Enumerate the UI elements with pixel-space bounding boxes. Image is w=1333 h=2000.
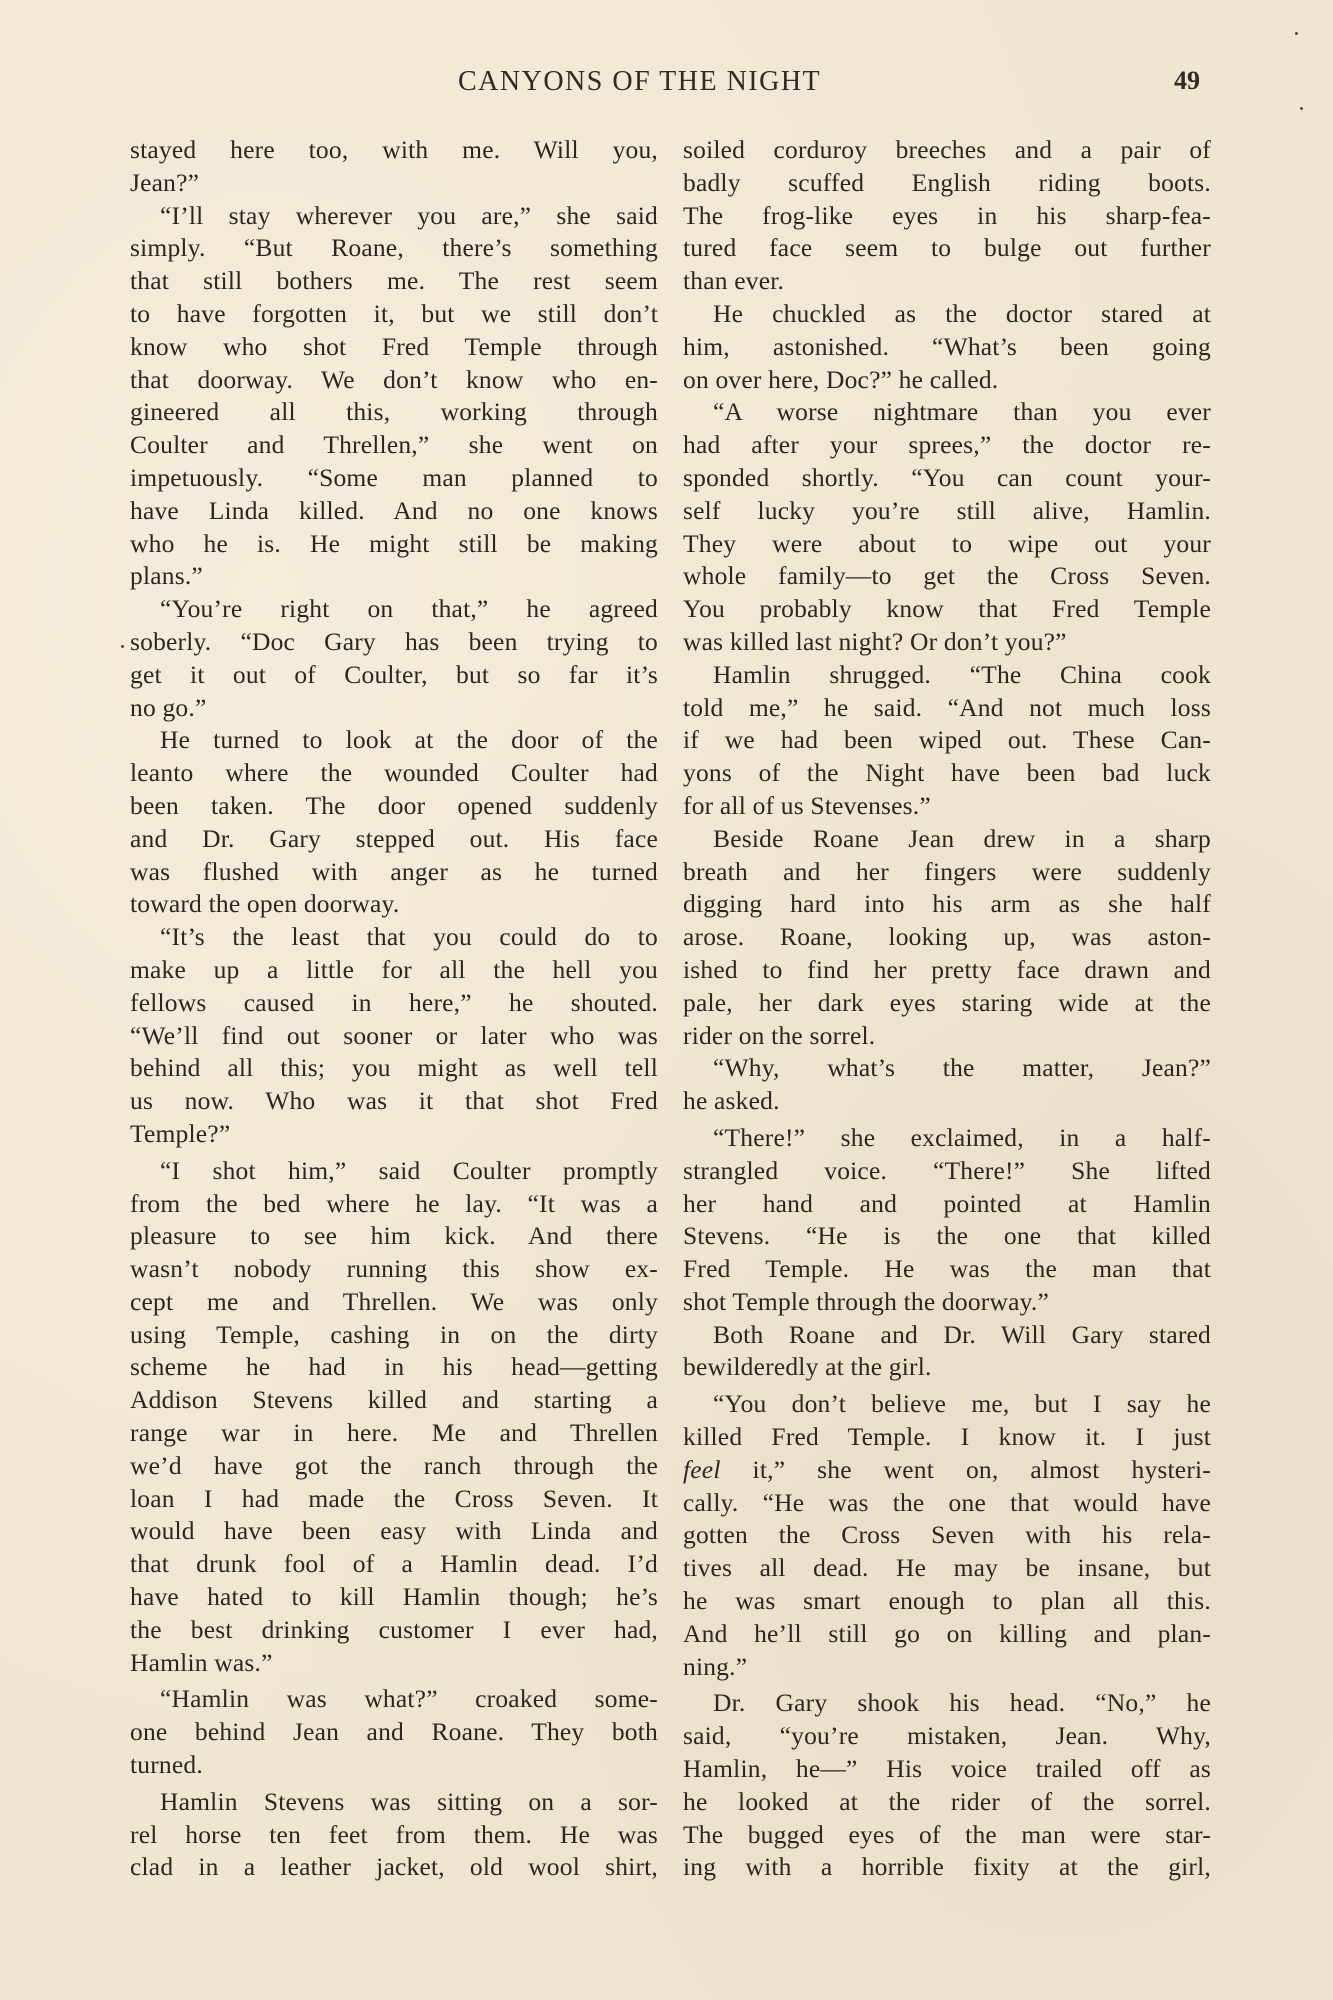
- text-line: behind all this; you might as well tell: [130, 1052, 658, 1085]
- text-line: range war in here. Me and Threllen: [130, 1417, 658, 1450]
- text-line: Hamlin Stevens was sitting on a sor-: [130, 1786, 658, 1819]
- text-line: Beside Roane Jean drew in a sharp: [683, 823, 1211, 856]
- text-line: loan I had made the Cross Seven. It: [130, 1483, 658, 1516]
- text-line: he looked at the rider of the sorrel.: [683, 1786, 1211, 1819]
- paper-speck: [121, 645, 124, 648]
- text-line: her hand and pointed at Hamlin: [683, 1188, 1211, 1221]
- text-line: bewilderedly at the girl.: [683, 1351, 1211, 1384]
- text-line: was killed last night? Or don’t you?”: [683, 626, 1211, 659]
- text-line: pleasure to see him kick. And there: [130, 1220, 658, 1253]
- text-line: that drunk fool of a Hamlin dead. I’d: [130, 1548, 658, 1581]
- paper-speck: [1300, 107, 1303, 110]
- text-line: plans.”: [130, 560, 658, 593]
- text-line: “Hamlin was what?” croaked some-: [130, 1683, 658, 1716]
- text-line: Stevens. “He is the one that killed: [683, 1220, 1211, 1253]
- text-line: him, astonished. “What’s been going: [683, 331, 1211, 364]
- left-column: stayed here too, with me. Will you, Jean…: [130, 134, 658, 1884]
- text-line: Hamlin, he—” His voice trailed off as: [683, 1753, 1211, 1786]
- text-line: “I’ll stay wherever you are,” she said: [130, 200, 658, 233]
- text-line: soberly. “Doc Gary has been trying to: [130, 626, 658, 659]
- text-line: “You’re right on that,” he agreed: [130, 593, 658, 626]
- text-line: fellows caused in here,” he shouted.: [130, 987, 658, 1020]
- text-line: The bugged eyes of the man were star-: [683, 1819, 1211, 1852]
- text-line: one behind Jean and Roane. They both: [130, 1716, 658, 1749]
- text-line: if we had been wiped out. These Can-: [683, 724, 1211, 757]
- text-line: And he’ll still go on killing and plan-: [683, 1618, 1211, 1651]
- text-line: on over here, Doc?” he called.: [683, 364, 1211, 397]
- text-line: digging hard into his arm as she half: [683, 888, 1211, 921]
- text-line: Addison Stevens killed and starting a: [130, 1384, 658, 1417]
- text-line: than ever.: [683, 265, 1211, 298]
- text-line: was flushed with anger as he turned: [130, 856, 658, 889]
- text-line: he was smart enough to plan all this.: [683, 1585, 1211, 1618]
- text-line: Temple?”: [130, 1118, 658, 1151]
- running-head: CANYONS OF THE NIGHT 49: [130, 66, 1200, 106]
- text-line: soiled corduroy breeches and a pair of: [683, 134, 1211, 167]
- text-line: Both Roane and Dr. Will Gary stared: [683, 1319, 1211, 1352]
- text-line: He turned to look at the door of the: [130, 724, 658, 757]
- text-line: get it out of Coulter, but so far it’s: [130, 659, 658, 692]
- text-line: Dr. Gary shook his head. “No,” he: [683, 1687, 1211, 1720]
- text-line: using Temple, cashing in on the dirty: [130, 1319, 658, 1352]
- text-line: that doorway. We don’t know who en-: [130, 364, 658, 397]
- text-line: toward the open doorway.: [130, 888, 658, 921]
- text-line: clad in a leather jacket, old wool shirt…: [130, 1851, 658, 1884]
- text-line: sponded shortly. “You can count your-: [683, 462, 1211, 495]
- text-line: killed Fred Temple. I know it. I just: [683, 1421, 1211, 1454]
- text-line: know who shot Fred Temple through: [130, 331, 658, 364]
- text-line: rel horse ten feet from them. He was: [130, 1819, 658, 1852]
- text-line: “There!” she exclaimed, in a half-: [683, 1122, 1211, 1155]
- text-line: had after your sprees,” the doctor re-: [683, 429, 1211, 462]
- text-line: who he is. He might still be making: [130, 528, 658, 561]
- text-line: cept me and Threllen. We was only: [130, 1286, 658, 1319]
- text-line: he asked.: [683, 1085, 1211, 1118]
- right-column: soiled corduroy breeches and a pair of b…: [683, 134, 1211, 1884]
- text-line: no go.”: [130, 692, 658, 725]
- text-line: simply. “But Roane, there’s something: [130, 232, 658, 265]
- text-line: to have forgotten it, but we still don’t: [130, 298, 658, 331]
- text-line: You probably know that Fred Temple: [683, 593, 1211, 626]
- text-line: been taken. The door opened suddenly: [130, 790, 658, 823]
- text-line: “We’ll find out sooner or later who was: [130, 1020, 658, 1053]
- text-line: stayed here too, with me. Will you,: [130, 134, 658, 167]
- text-line: arose. Roane, looking up, was aston-: [683, 921, 1211, 954]
- text-line: Coulter and Threllen,” she went on: [130, 429, 658, 462]
- text-line: scheme he had in his head—getting: [130, 1351, 658, 1384]
- text-line: gotten the Cross Seven with his rela-: [683, 1519, 1211, 1552]
- text-line: breath and her fingers were suddenly: [683, 856, 1211, 889]
- text-line-with-italic: feel it,” she went on, almost hysteri-: [683, 1454, 1211, 1487]
- text-line: leanto where the wounded Coulter had: [130, 757, 658, 790]
- text-line: turned.: [130, 1749, 658, 1782]
- text-line: rider on the sorrel.: [683, 1020, 1211, 1053]
- text-line: us now. Who was it that shot Fred: [130, 1085, 658, 1118]
- text-line: told me,” he said. “And not much loss: [683, 692, 1211, 725]
- text-line: the best drinking customer I ever had,: [130, 1614, 658, 1647]
- text-line-remainder: it,” she went on, almost hysteri-: [753, 1455, 1211, 1484]
- text-line: self lucky you’re still alive, Hamlin.: [683, 495, 1211, 528]
- text-line: The frog-like eyes in his sharp-fea-: [683, 200, 1211, 233]
- text-line: cally. “He was the one that would have: [683, 1487, 1211, 1520]
- text-line: ning.”: [683, 1651, 1211, 1684]
- text-line: for all of us Stevenses.”: [683, 790, 1211, 823]
- text-line: gineered all this, working through: [130, 396, 658, 429]
- text-line: yons of the Night have been bad luck: [683, 757, 1211, 790]
- text-line: have hated to kill Hamlin though; he’s: [130, 1581, 658, 1614]
- text-line: “It’s the least that you could do to: [130, 921, 658, 954]
- text-line: Jean?”: [130, 167, 658, 200]
- text-line: strangled voice. “There!” She lifted: [683, 1155, 1211, 1188]
- text-line: pale, her dark eyes staring wide at the: [683, 987, 1211, 1020]
- text-line: Hamlin was.”: [130, 1647, 658, 1680]
- text-line: He chuckled as the doctor stared at: [683, 298, 1211, 331]
- page-number: 49: [1174, 66, 1200, 96]
- text-line: make up a little for all the hell you: [130, 954, 658, 987]
- book-page: CANYONS OF THE NIGHT 49 stayed here too,…: [0, 0, 1333, 2000]
- running-title: CANYONS OF THE NIGHT: [458, 66, 821, 98]
- text-line: have Linda killed. And no one knows: [130, 495, 658, 528]
- italic-word: feel: [683, 1455, 721, 1484]
- text-line: would have been easy with Linda and: [130, 1515, 658, 1548]
- text-line: said, “you’re mistaken, Jean. Why,: [683, 1720, 1211, 1753]
- text-line: wasn’t nobody running this show ex-: [130, 1253, 658, 1286]
- paper-speck: [1295, 32, 1298, 35]
- text-line: whole family—to get the Cross Seven.: [683, 560, 1211, 593]
- text-line: Fred Temple. He was the man that: [683, 1253, 1211, 1286]
- text-line: ished to find her pretty face drawn and: [683, 954, 1211, 987]
- text-line: and Dr. Gary stepped out. His face: [130, 823, 658, 856]
- text-line: that still bothers me. The rest seem: [130, 265, 658, 298]
- text-line: “I shot him,” said Coulter promptly: [130, 1155, 658, 1188]
- text-line: They were about to wipe out your: [683, 528, 1211, 561]
- text-line: we’d have got the ranch through the: [130, 1450, 658, 1483]
- text-line: “Why, what’s the matter, Jean?”: [683, 1052, 1211, 1085]
- text-line: Hamlin shrugged. “The China cook: [683, 659, 1211, 692]
- text-line: shot Temple through the doorway.”: [683, 1286, 1211, 1319]
- text-line: tured face seem to bulge out further: [683, 232, 1211, 265]
- text-line: “You don’t believe me, but I say he: [683, 1388, 1211, 1421]
- text-line: impetuously. “Some man planned to: [130, 462, 658, 495]
- text-line: tives all dead. He may be insane, but: [683, 1552, 1211, 1585]
- text-line: “A worse nightmare than you ever: [683, 396, 1211, 429]
- text-line: ing with a horrible fixity at the girl,: [683, 1851, 1211, 1884]
- text-line: badly scuffed English riding boots.: [683, 167, 1211, 200]
- text-line: from the bed where he lay. “It was a: [130, 1188, 658, 1221]
